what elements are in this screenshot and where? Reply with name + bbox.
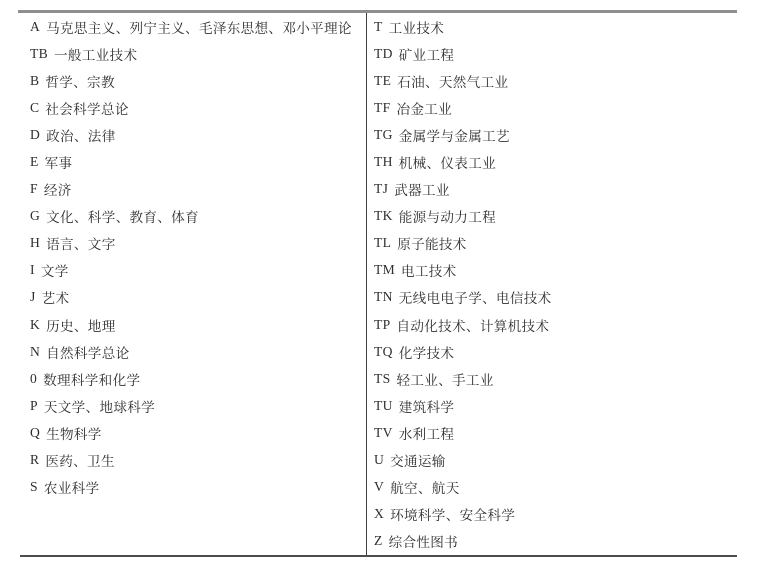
class-code: J (30, 289, 36, 305)
classification-entry: TM 电工技术 (374, 257, 737, 284)
classification-entry: TN 无线电电子学、电信技术 (374, 284, 737, 311)
class-code: S (30, 479, 38, 495)
class-code: TH (374, 154, 393, 170)
class-code: TM (374, 262, 395, 278)
class-code: TB (30, 46, 48, 62)
classification-table: A 马克思主义、列宁主义、毛泽东思想、邓小平理论 TB 一般工业技术 B 哲学、… (18, 13, 737, 555)
class-label: 文化、科学、教育、体育 (46, 206, 199, 226)
classification-entry: TK 能源与动力工程 (374, 203, 737, 230)
right-column: T 工业技术 TD 矿业工程 TE 石油、天然气工业 TF 冶金工业 (367, 13, 737, 555)
class-code: R (30, 452, 39, 468)
class-code: TL (374, 235, 391, 251)
class-code: TD (374, 46, 393, 62)
class-code: TU (374, 398, 393, 414)
class-code: I (30, 262, 35, 278)
class-code: TJ (374, 181, 388, 197)
class-label: 社会科学总论 (45, 98, 128, 118)
left-column: A 马克思主义、列宁主义、毛泽东思想、邓小平理论 TB 一般工业技术 B 哲学、… (18, 13, 366, 555)
classification-entry: P 天文学、地球科学 (30, 392, 366, 419)
classification-entry: E 军事 (30, 148, 366, 175)
class-code: H (30, 235, 40, 251)
class-code: TQ (374, 344, 393, 360)
classification-entry: TD 矿业工程 (374, 40, 737, 67)
class-code: 0 (30, 371, 37, 387)
class-label: 自然科学总论 (46, 342, 129, 362)
classification-entry: V 航空、航天 (374, 474, 737, 501)
class-code: V (374, 479, 384, 495)
class-label: 矿业工程 (399, 44, 455, 64)
class-label: 历史、地理 (46, 315, 115, 335)
class-label: 水利工程 (399, 423, 455, 443)
class-label: 工业技术 (389, 17, 445, 37)
classification-entry: Q 生物科学 (30, 419, 366, 446)
class-code: TP (374, 317, 390, 333)
class-label: 综合性图书 (389, 531, 458, 551)
classification-entry: Z 综合性图书 (374, 528, 737, 555)
class-code: A (30, 19, 40, 35)
class-code: K (30, 317, 40, 333)
class-label: 机械、仪表工业 (399, 152, 496, 172)
class-label: 化学技术 (399, 342, 455, 362)
classification-entry: TU 建筑科学 (374, 392, 737, 419)
classification-entry: TL 原子能技术 (374, 230, 737, 257)
class-label: 金属学与金属工艺 (399, 125, 510, 145)
class-code: TF (374, 100, 390, 116)
class-label: 冶金工业 (396, 98, 452, 118)
class-label: 军事 (45, 152, 73, 172)
classification-entry: J 艺术 (30, 284, 366, 311)
class-label: 医药、卫生 (45, 450, 114, 470)
class-label: 建筑科学 (399, 396, 455, 416)
class-code: TG (374, 127, 393, 143)
class-label: 能源与动力工程 (399, 206, 496, 226)
class-label: 电工技术 (401, 260, 457, 280)
class-label: 政治、法律 (46, 125, 115, 145)
classification-entry: TF 冶金工业 (374, 94, 737, 121)
class-code: B (30, 73, 39, 89)
class-code: N (30, 344, 40, 360)
class-label: 石油、天然气工业 (397, 71, 508, 91)
classification-entry: K 历史、地理 (30, 311, 366, 338)
class-code: TE (374, 73, 391, 89)
classification-entry: R 医药、卫生 (30, 447, 366, 474)
classification-entry: D 政治、法律 (30, 121, 366, 148)
class-code: G (30, 208, 40, 224)
class-code: Q (30, 425, 40, 441)
class-code: TV (374, 425, 393, 441)
class-label: 自动化技术、计算机技术 (396, 315, 549, 335)
class-label: 轻工业、手工业 (396, 369, 493, 389)
class-label: 经济 (44, 179, 72, 199)
class-label: 环境科学、安全科学 (390, 504, 515, 524)
classification-entry: H 语言、文字 (30, 230, 366, 257)
class-label: 航空、航天 (390, 477, 459, 497)
class-label: 哲学、宗教 (45, 71, 114, 91)
class-label: 武器工业 (394, 179, 450, 199)
classification-entry: TG 金属学与金属工艺 (374, 121, 737, 148)
class-code: P (30, 398, 38, 414)
class-label: 生物科学 (46, 423, 102, 443)
classification-entry: U 交通运输 (374, 447, 737, 474)
class-code: Z (374, 533, 383, 549)
class-label: 天文学、地球科学 (44, 396, 155, 416)
classification-entry: X 环境科学、安全科学 (374, 501, 737, 528)
classification-entry: A 马克思主义、列宁主义、毛泽东思想、邓小平理论 (30, 13, 366, 40)
classification-entry: TB 一般工业技术 (30, 40, 366, 67)
class-label: 交通运输 (390, 450, 446, 470)
classification-entry: T 工业技术 (374, 13, 737, 40)
classification-entry: TP 自动化技术、计算机技术 (374, 311, 737, 338)
class-code: T (374, 19, 383, 35)
classification-entry: C 社会科学总论 (30, 94, 366, 121)
bottom-rule (20, 555, 737, 557)
classification-entry: TE 石油、天然气工业 (374, 67, 737, 94)
class-code: TK (374, 208, 393, 224)
classification-entry: B 哲学、宗教 (30, 67, 366, 94)
classification-entry: I 文学 (30, 257, 366, 284)
classification-entry: TQ 化学技术 (374, 338, 737, 365)
class-code: TN (374, 289, 393, 305)
classification-entry: TV 水利工程 (374, 419, 737, 446)
classification-entry: N 自然科学总论 (30, 338, 366, 365)
class-label: 无线电电子学、电信技术 (399, 287, 552, 307)
classification-entry: TH 机械、仪表工业 (374, 148, 737, 175)
class-label: 马克思主义、列宁主义、毛泽东思想、邓小平理论 (46, 17, 352, 37)
classification-entry: TS 轻工业、手工业 (374, 365, 737, 392)
classification-entry: TJ 武器工业 (374, 176, 737, 203)
class-label: 原子能技术 (397, 233, 466, 253)
class-label: 一般工业技术 (54, 44, 137, 64)
class-code: U (374, 452, 384, 468)
class-code: TS (374, 371, 390, 387)
class-code: X (374, 506, 384, 522)
classification-entry: F 经济 (30, 176, 366, 203)
class-code: E (30, 154, 39, 170)
class-label: 农业科学 (44, 477, 100, 497)
class-label: 文学 (41, 260, 69, 280)
class-code: D (30, 127, 40, 143)
class-label: 语言、文字 (46, 233, 115, 253)
classification-entry: G 文化、科学、教育、体育 (30, 203, 366, 230)
class-code: F (30, 181, 38, 197)
classification-entry: 0 数理科学和化学 (30, 365, 366, 392)
class-label: 艺术 (42, 287, 70, 307)
document-page: A 马克思主义、列宁主义、毛泽东思想、邓小平理论 TB 一般工业技术 B 哲学、… (0, 0, 759, 578)
class-code: C (30, 100, 39, 116)
class-label: 数理科学和化学 (43, 369, 140, 389)
classification-entry: S 农业科学 (30, 474, 366, 501)
